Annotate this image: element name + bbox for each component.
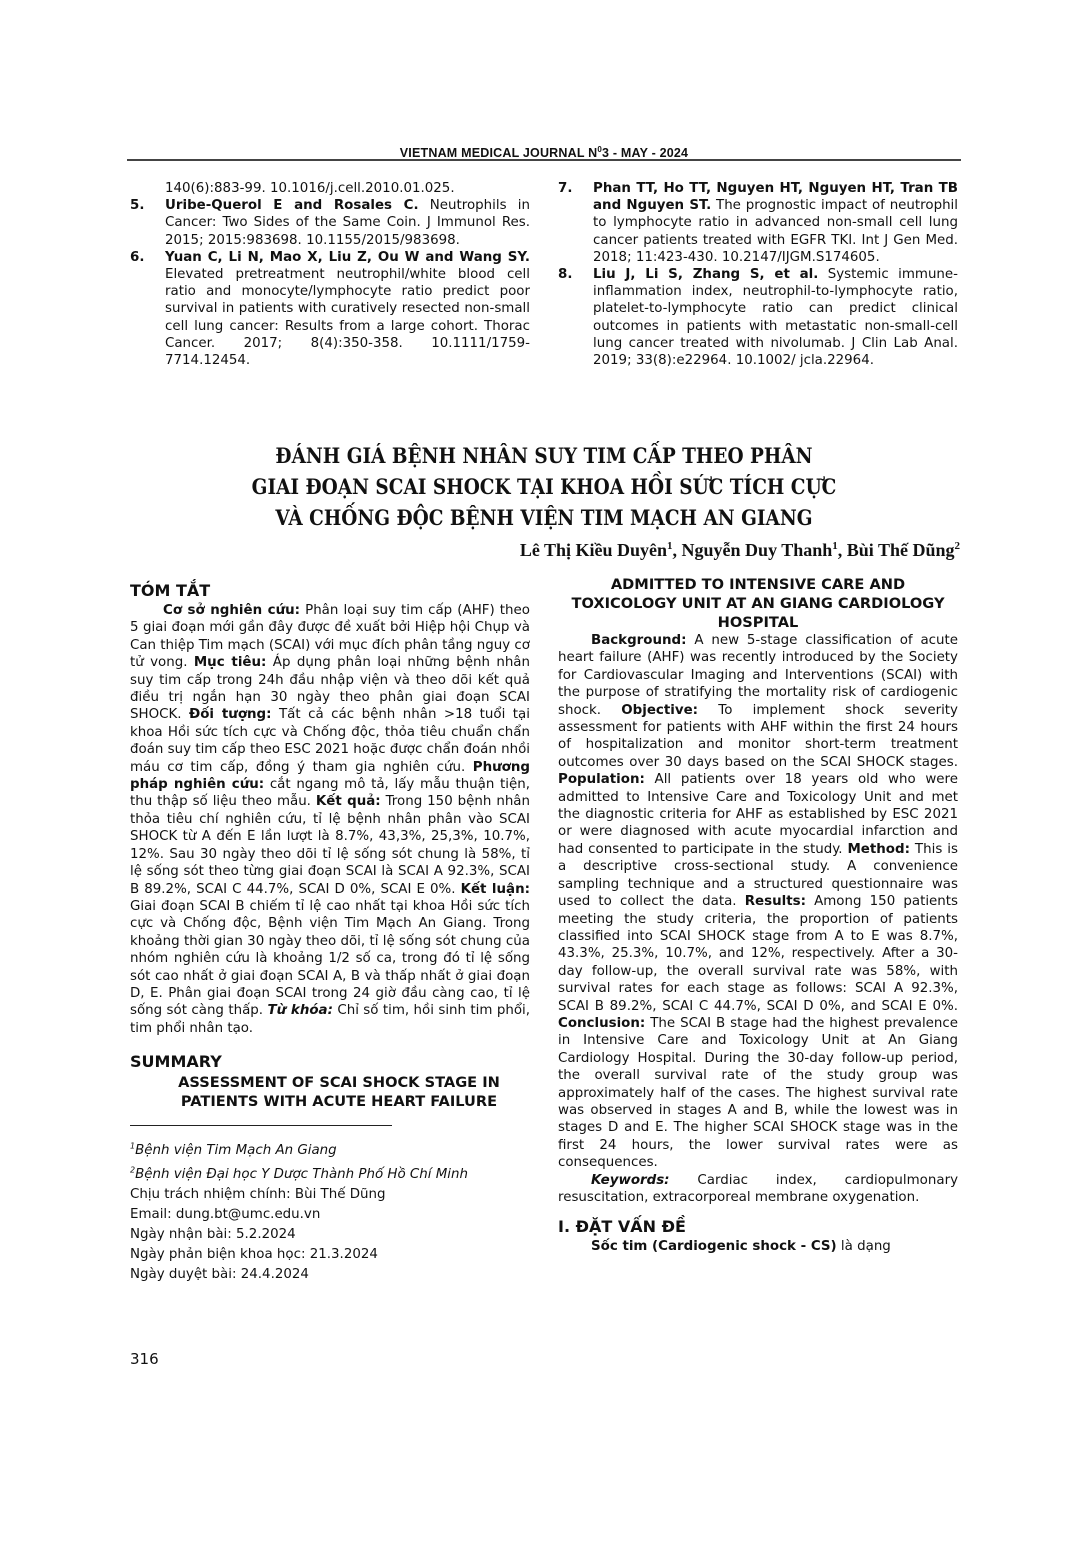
summary-heading: SUMMARY <box>130 1051 530 1073</box>
affiliation-2: 2Bệnh viện Đại học Y Dược Thành Phố Hồ C… <box>130 1161 530 1185</box>
corresponding-author: Chịu trách nhiệm chính: Bùi Thế Dũng <box>130 1185 530 1205</box>
accepted-date: Ngày duyệt bài: 24.4.2024 <box>130 1265 530 1285</box>
author-list: Lê Thị Kiều Duyên1, Nguyễn Duy Thanh1, B… <box>520 540 960 561</box>
reference-item: 5. Uribe-Querol E and Rosales C. Neutrop… <box>130 197 530 249</box>
reference-item: 6. Yuan C, Li N, Mao X, Liu Z, Ou W and … <box>130 249 530 369</box>
received-date: Ngày nhận bài: 5.2.2024 <box>130 1225 530 1245</box>
abstract-vi-body: Cơ sở nghiên cứu: Phân loại suy tim cấp … <box>130 602 530 1037</box>
review-date: Ngày phản biện khoa học: 21.3.2024 <box>130 1245 530 1265</box>
reference-continuation: 140(6):883-99. 10.1016/j.cell.2010.01.02… <box>130 180 530 197</box>
reference-item: 7. Phan TT, Ho TT, Nguyen HT, Nguyen HT,… <box>558 180 958 266</box>
header-rule <box>127 159 961 161</box>
keywords: Keywords: Cardiac index, cardiopulmonary… <box>558 1172 958 1207</box>
references-left-column: 140(6):883-99. 10.1016/j.cell.2010.01.02… <box>130 180 530 369</box>
summary-body: Background: A new 5-stage classification… <box>558 632 958 1172</box>
intro-body: Sốc tim (Cardiogenic shock - CS) là dạng <box>558 1238 958 1255</box>
references-right-column: 7. Phan TT, Ho TT, Nguyen HT, Nguyen HT,… <box>558 180 958 369</box>
article-title: ĐÁNH GIÁ BỆNH NHÂN SUY TIM CẤP THEO PHÂN… <box>177 440 911 533</box>
right-column: ADMITTED TO INTENSIVE CARE AND TOXICOLOG… <box>558 575 958 1256</box>
abstract-vi-heading: TÓM TẮT <box>130 580 530 602</box>
journal-page: VIETNAM MEDICAL JOURNAL N03 - MAY - 2024… <box>0 0 1090 1541</box>
reference-item: 8. Liu J, Li S, Zhang S, et al. Systemic… <box>558 266 958 369</box>
email: Email: dung.bt@umc.edu.vn <box>130 1205 530 1225</box>
page-number: 316 <box>130 1350 159 1368</box>
footnote-rule <box>130 1125 392 1126</box>
footnotes: 1Bệnh viện Tim Mạch An Giang 2Bệnh viện … <box>130 1136 530 1285</box>
summary-title-part2: ADMITTED TO INTENSIVE CARE AND TOXICOLOG… <box>558 575 958 632</box>
running-header: VIETNAM MEDICAL JOURNAL N03 - MAY - 2024 <box>127 145 961 160</box>
summary-title-part1: ASSESSMENT OF SCAI SHOCK STAGE IN PATIEN… <box>148 1073 530 1111</box>
intro-heading: I. ĐẶT VẤN ĐỀ <box>558 1216 958 1238</box>
left-column: TÓM TẮT Cơ sở nghiên cứu: Phân loại suy … <box>130 580 530 1285</box>
affiliation-1: 1Bệnh viện Tim Mạch An Giang <box>130 1136 530 1160</box>
